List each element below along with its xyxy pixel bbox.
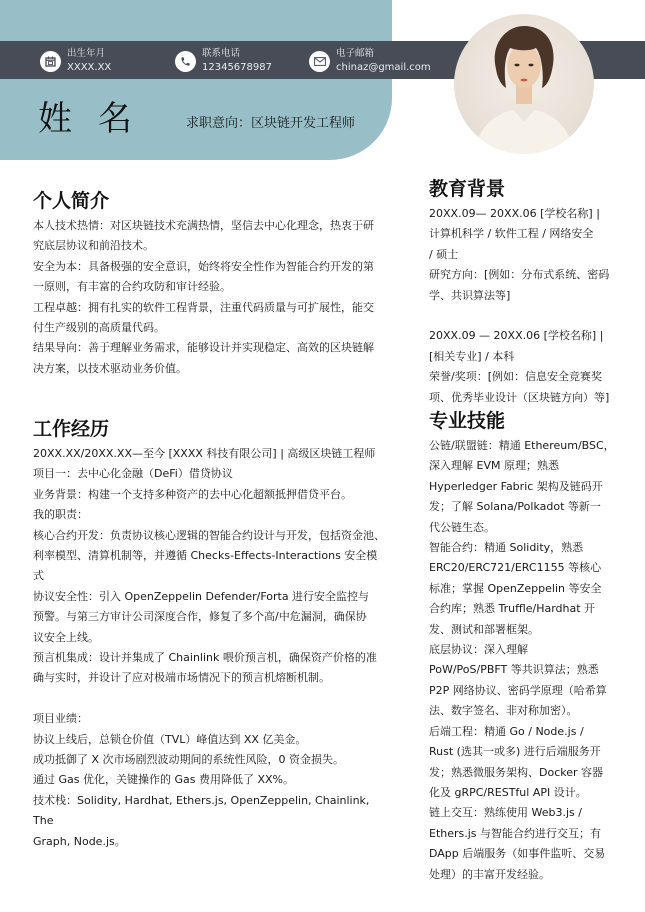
phone-value: 12345678987 (202, 61, 272, 75)
skills-line: 合约库；熟悉 Truffle/Hardhat 开 (429, 599, 615, 619)
experience-line: 预警。与第三方审计公司深度合作，修复了多个高/中危漏洞，确保协 (33, 607, 385, 627)
experience-section: 工作经历 20XX.XX/20XX.XX—至今 [XXXX 科技有限公司] | … (33, 416, 385, 852)
education-line: 研究方向：[例如：分布式系统、密码 (429, 265, 615, 285)
skills-line: 代公链生态。 (429, 518, 615, 538)
mail-icon (309, 51, 330, 72)
education-line: 学、共识算法等] (429, 286, 615, 306)
experience-line: 我的职责： (33, 505, 385, 525)
skills-line: PoW/PoS/PBFT 等共识算法；熟悉 (429, 660, 615, 680)
skills-line: 法、数字签名、非对称加密）。 (429, 701, 615, 721)
experience-title: 工作经历 (33, 416, 385, 442)
skills-line: 标准；掌握 OpenZeppelin 等安全 (429, 579, 615, 599)
profile-line: 一原则，有丰富的合约攻防和审计经验。 (33, 277, 385, 297)
experience-line: 利率模型、清算机制等，并遵循 Checks-Effects-Interactio… (33, 546, 385, 566)
results-line: 技术栈：Solidity, Hardhat, Ethers.js, OpenZe… (33, 791, 385, 832)
birthdate-label: 出生年月 (67, 47, 111, 61)
experience-line: 议安全上线。 (33, 628, 385, 648)
profile-line: 工程卓越：拥有扎实的软件工程背景，注重代码质量与可扩展性，能交 (33, 298, 385, 318)
skills-line: 化及 gRPC/RESTful API 设计。 (429, 783, 615, 803)
birthdate-value: XXXX.XX (67, 61, 111, 75)
skills-line: ERC20/ERC721/ERC1155 等核心 (429, 558, 615, 578)
profile-title: 个人简介 (33, 188, 385, 214)
profile-section: 个人简介 本人技术热情：对区块链技术充满热情，坚信去中心化理念，热衷于研 究底层… (33, 188, 385, 379)
education-section: 教育背景 20XX.09— 20XX.06 [学校名称] | 计算机科学 / 软… (429, 176, 615, 408)
profile-line: 究底层协议和前沿技术。 (33, 236, 385, 256)
experience-line: 确与实时，并设计了应对极端市场情况下的预言机熔断机制。 (33, 668, 385, 688)
education-line: 荣誉/奖项：[例如：信息安全竞赛奖 (429, 367, 615, 387)
phone-icon (175, 51, 196, 72)
skills-line: 发；熟悉微服务架构、Docker 容器 (429, 763, 615, 783)
skills-line: 发；了解 Solana/Polkadot 等新一 (429, 497, 615, 517)
results-line: Graph, Node.js。 (33, 832, 385, 852)
skills-line: 深入理解 EVM 原理；熟悉 (429, 456, 615, 476)
education-line: / 硕士 (429, 245, 615, 265)
job-intent: 求职意向：区块链开发工程师 (186, 112, 355, 131)
contact-phone: 联系电话 12345678987 (175, 46, 272, 76)
results-line: 项目业绩： (33, 709, 385, 729)
results-line: 成功抵御了 X 次市场剧烈波动期间的系统性风险，0 资金损失。 (33, 750, 385, 770)
calendar-icon (40, 51, 61, 72)
portrait-photo (454, 14, 594, 154)
profile-line: 安全为本：具备极强的安全意识，始终将安全性作为智能合约开发的第 (33, 257, 385, 277)
education-title: 教育背景 (429, 176, 615, 202)
skills-line: 链上交互：熟练使用 Web3.js / (429, 803, 615, 823)
skills-line: 后端工程：精通 Go / Node.js / (429, 722, 615, 742)
experience-line: 式 (33, 566, 385, 586)
experience-line: 核心合约开发：负责协议核心逻辑的智能合约设计与开发，包括资金池、 (33, 526, 385, 546)
results-line: 协议上线后，总锁仓价值（TVL）峰值达到 XX 亿美金。 (33, 730, 385, 750)
skills-line: 底层协议：深入理解 (429, 640, 615, 660)
skills-line: DApp 后端服务（如事件监听、交易 (429, 844, 615, 864)
skills-line: 处理）的丰富开发经验。 (429, 865, 615, 885)
contact-birthdate: 出生年月 XXXX.XX (40, 46, 111, 76)
results-line: 通过 Gas 优化，关键操作的 Gas 费用降低了 XX%。 (33, 770, 385, 790)
skills-line: 智能合约：精通 Solidity，熟悉 (429, 538, 615, 558)
skills-line: Ethers.js 与智能合约进行交互；有 (429, 824, 615, 844)
profile-line: 结果导向：善于理解业务需求，能够设计并实现稳定、高效的区块链解 (33, 338, 385, 358)
email-value: chinaz@gmail.com (336, 61, 431, 75)
profile-line: 决方案，以技术驱动业务价值。 (33, 359, 385, 379)
experience-line: 预言机集成：设计并集成了 Chainlink 喂价预言机，确保资产价格的准 (33, 648, 385, 668)
contact-email: 电子邮箱 chinaz@gmail.com (309, 46, 431, 76)
phone-label: 联系电话 (202, 47, 272, 61)
skills-title: 专业技能 (429, 408, 615, 434)
candidate-name: 姓名 (38, 99, 158, 139)
skills-line: 发、测试和部署框架。 (429, 620, 615, 640)
education-line: 项、优秀毕业设计（区块链方向）等] (429, 388, 615, 408)
skills-line: Rust (选其一或多) 进行后端服务开 (429, 742, 615, 762)
skills-line: Hyperledger Fabric 架构及链码开 (429, 477, 615, 497)
skills-section: 专业技能 公链/联盟链：精通 Ethereum/BSC， 深入理解 EVM 原理… (429, 408, 615, 885)
email-label: 电子邮箱 (336, 47, 431, 61)
experience-line: 业务背景：构建一个支持多种资产的去中心化超额抵押借贷平台。 (33, 485, 385, 505)
education-line: 20XX.09 — 20XX.06 [学校名称] | (429, 326, 615, 346)
skills-line: P2P 网络协议、密码学原理（哈希算 (429, 681, 615, 701)
profile-line: 本人技术热情：对区块链技术充满热情，坚信去中心化理念，热衷于研 (33, 216, 385, 236)
education-line: 计算机科学 / 软件工程 / 网络安全 (429, 224, 615, 244)
skills-line: 公链/联盟链：精通 Ethereum/BSC， (429, 436, 615, 456)
education-line: 20XX.09— 20XX.06 [学校名称] | (429, 204, 615, 224)
profile-line: 付生产级别的高质量代码。 (33, 318, 385, 338)
education-line: [相关专业] / 本科 (429, 347, 615, 367)
experience-line: 项目一：去中心化金融（DeFi）借贷协议 (33, 464, 385, 484)
experience-line: 协议安全性：引入 OpenZeppelin Defender/Forta 进行安… (33, 587, 385, 607)
experience-line: 20XX.XX/20XX.XX—至今 [XXXX 科技有限公司] | 高级区块链… (33, 444, 385, 464)
